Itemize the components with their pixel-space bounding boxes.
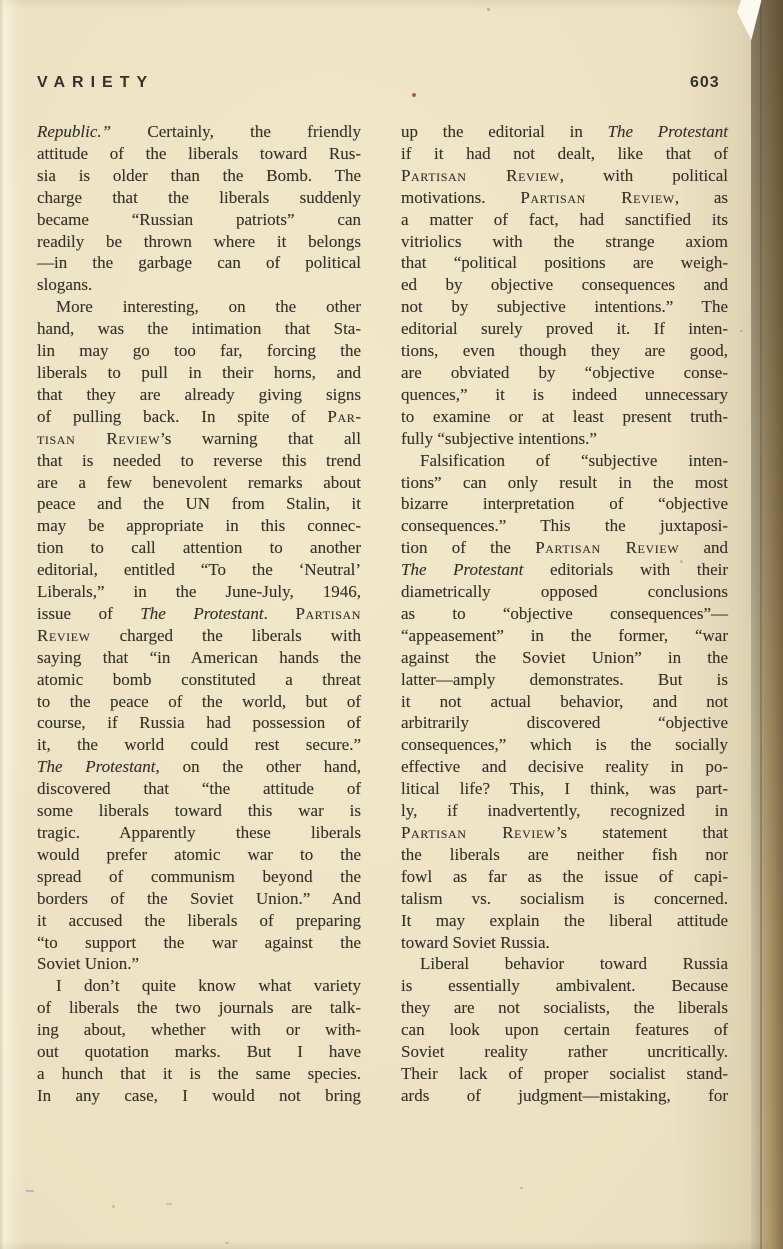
text-line: to examine or at least present truth-: [401, 406, 728, 428]
text-line: effective and decisive reality in po-: [401, 756, 728, 778]
text-line: it accused the liberals of preparing: [37, 910, 361, 932]
text-line: Their lack of proper socialist stand-: [401, 1063, 728, 1085]
text-line: Partisan Review’s statement that: [401, 822, 728, 844]
text-line: latter—amply demonstrates. But is: [401, 669, 728, 691]
text-line: litical life? This, I think, was part-: [401, 778, 728, 800]
text-line: ards of judgment—mistaking, for: [401, 1085, 728, 1107]
text-column-right: up the editorial in The Protestantif it …: [401, 121, 728, 1107]
text-line: it not actual behavior, and not: [401, 691, 728, 713]
text-line: fully “subjective intentions.”: [401, 428, 728, 450]
text-line: It may explain the liberal attitude: [401, 910, 728, 932]
text-line: of liberals the two journals are talk-: [37, 997, 361, 1019]
paper-speck: [487, 8, 490, 11]
text-line: ing about, whether with or with-: [37, 1019, 361, 1041]
paper-speck: [680, 560, 683, 563]
text-line: sia is older than the Bomb. The: [37, 165, 361, 187]
text-line: The Protestant editorials with their: [401, 559, 728, 581]
text-line: charge that the liberals suddenly: [37, 187, 361, 209]
text-line: saying that “in American hands the: [37, 647, 361, 669]
text-line: may be appropriate in this connec-: [37, 515, 361, 537]
text-line: ly, if inadvertently, recognized in: [401, 800, 728, 822]
text-line: Soviet reality rather uncritically.: [401, 1041, 728, 1063]
journal-title: VARIETY: [37, 74, 154, 92]
text-line: tions” can only result in the most: [401, 472, 728, 494]
text-line: tragic. Apparently these liberals: [37, 822, 361, 844]
book-binding-edge: [751, 0, 783, 1249]
text-line: Liberals,” in the June-July, 1946,: [37, 581, 361, 603]
text-line: readily be thrown where it belongs: [37, 231, 361, 253]
text-line: attitude of the liberals toward Rus-: [37, 143, 361, 165]
text-line: slogans.: [37, 274, 361, 296]
text-line: tion to call attention to another: [37, 537, 361, 559]
text-line: hand, was the intimation that Sta-: [37, 318, 361, 340]
blue-ink-mark: [26, 1190, 34, 1192]
text-line: became “Russian patriots” can: [37, 209, 361, 231]
paper-speck: [740, 330, 743, 332]
text-line: motivations. Partisan Review, as: [401, 187, 728, 209]
page-number: 603: [690, 74, 720, 92]
paper-speck: [225, 1242, 229, 1244]
page-left-edge: [0, 0, 16, 1249]
text-line: not by subjective intentions.” The: [401, 296, 728, 318]
text-line: atomic bomb constituted a threat: [37, 669, 361, 691]
text-line: diametrically opposed conclusions: [401, 581, 728, 603]
text-line: “appeasement” in the former, “war: [401, 625, 728, 647]
page-header: VARIETY 603: [37, 74, 723, 96]
text-line: editorial, entitled “To the ‘Neutral’: [37, 559, 361, 581]
text-line: can look upon certain features of: [401, 1019, 728, 1041]
text-line: Falsification of “subjective inten-: [401, 450, 728, 472]
text-line: is essentially ambivalent. Because: [401, 975, 728, 997]
text-line: borders of the Soviet Union.” And: [37, 888, 361, 910]
text-line: arbitrarily discovered “objective: [401, 712, 728, 734]
text-line: talism vs. socialism is concerned.: [401, 888, 728, 910]
text-line: peace and the UN from Stalin, it: [37, 493, 361, 515]
text-line: spread of communism beyond the: [37, 866, 361, 888]
text-line: are a few benevolent remarks about: [37, 472, 361, 494]
text-line: bizarre interpretation of “objective: [401, 493, 728, 515]
text-line: tisan Review’s warning that all: [37, 428, 361, 450]
text-line: editorial surely proved it. If inten-: [401, 318, 728, 340]
scanned-page: VARIETY 603 Republic.” Certainly, the fr…: [0, 0, 783, 1249]
binding-streak: [760, 0, 762, 1249]
text-line: would prefer atomic war to the: [37, 844, 361, 866]
text-line: discovered that “the attitude of: [37, 778, 361, 800]
text-line: they are not socialists, the liberals: [401, 997, 728, 1019]
text-line: I don’t quite know what variety: [37, 975, 361, 997]
text-line: tions, even though they are good,: [401, 340, 728, 362]
text-line: it, the world could rest secure.”: [37, 734, 361, 756]
text-line: liberals to pull in their horns, and: [37, 362, 361, 384]
text-line: consequences.” This the juxtaposi-: [401, 515, 728, 537]
text-line: up the editorial in The Protestant: [401, 121, 728, 143]
text-line: a hunch that it is the same species.: [37, 1063, 361, 1085]
text-line: that “political positions are weigh-: [401, 252, 728, 274]
text-line: to the peace of the world, but of: [37, 691, 361, 713]
text-line: are obviated by “objective conse-: [401, 362, 728, 384]
blue-ink-mark: [166, 1203, 172, 1205]
text-line: ed by objective consequences and: [401, 274, 728, 296]
text-line: toward Soviet Russia.: [401, 932, 728, 954]
text-line: Liberal behavior toward Russia: [401, 953, 728, 975]
text-line: vitriolics with the strange axiom: [401, 231, 728, 253]
red-ink-dot: [412, 93, 416, 97]
text-line: The Protestant, on the other hand,: [37, 756, 361, 778]
text-line: a matter of fact, had sanctified its: [401, 209, 728, 231]
text-line: course, if Russia had possession of: [37, 712, 361, 734]
text-line: that they are already giving signs: [37, 384, 361, 406]
text-line: Partisan Review, with political: [401, 165, 728, 187]
text-line: tion of the Partisan Review and: [401, 537, 728, 559]
text-line: against the Soviet Union” in the: [401, 647, 728, 669]
text-line: In any case, I would not bring: [37, 1085, 361, 1107]
text-line: the liberals are neither fish nor: [401, 844, 728, 866]
text-line: some liberals toward this war is: [37, 800, 361, 822]
text-line: issue of The Protestant. Partisan: [37, 603, 361, 625]
text-column-left: Republic.” Certainly, the friendlyattitu…: [37, 121, 361, 1107]
text-line: Republic.” Certainly, the friendly: [37, 121, 361, 143]
text-line: consequences,” which is the socially: [401, 734, 728, 756]
text-line: as to “objective consequences”—: [401, 603, 728, 625]
paper-speck: [520, 1187, 523, 1189]
paper-speck: [112, 1205, 115, 1208]
text-line: if it had not dealt, like that of: [401, 143, 728, 165]
text-line: More interesting, on the other: [37, 296, 361, 318]
text-line: that is needed to reverse this trend: [37, 450, 361, 472]
text-line: out quotation marks. But I have: [37, 1041, 361, 1063]
text-line: “to support the war against the: [37, 932, 361, 954]
text-line: fowl as far as the issue of capi-: [401, 866, 728, 888]
text-line: quences,” it is indeed unnecessary: [401, 384, 728, 406]
text-line: Review charged the liberals with: [37, 625, 361, 647]
text-line: of pulling back. In spite of Par-: [37, 406, 361, 428]
text-line: lin may go too far, forcing the: [37, 340, 361, 362]
text-line: Soviet Union.”: [37, 953, 361, 975]
text-line: —in the garbage can of political: [37, 252, 361, 274]
